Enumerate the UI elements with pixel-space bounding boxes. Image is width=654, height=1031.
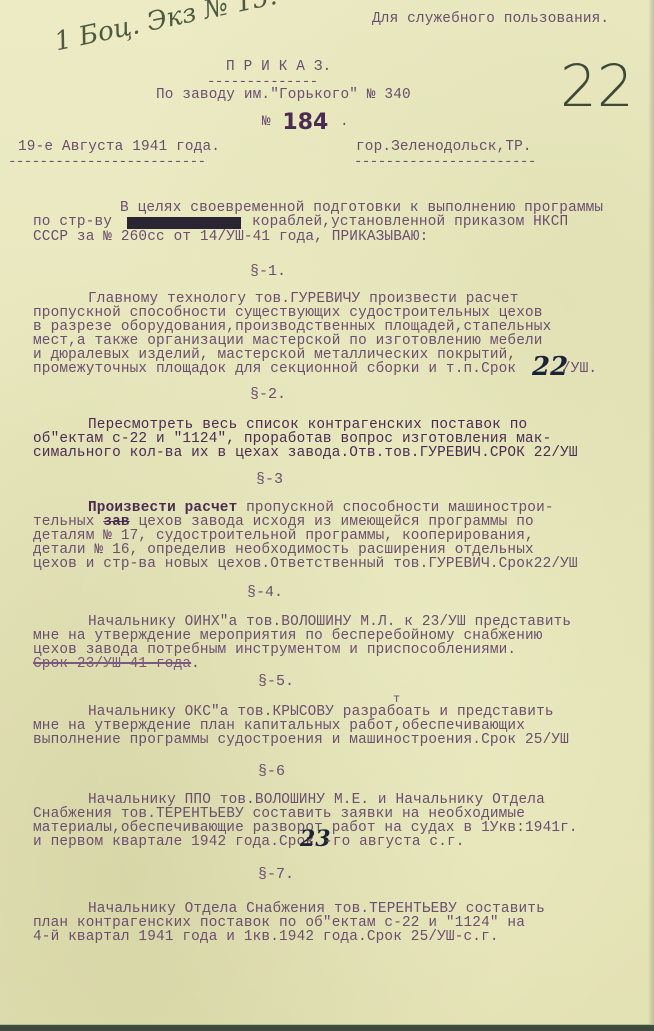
deadline-suffix: /УШ. bbox=[562, 362, 597, 377]
section-line: Срок 23/УШ-41 года. bbox=[33, 657, 200, 672]
preamble-line: кораблей,установленной приказом НКСП bbox=[252, 215, 568, 230]
document-title: П Р И К А З. bbox=[226, 60, 331, 75]
page-edge-shadow bbox=[648, 0, 654, 1024]
deadline-suffix: -го августа с.г. bbox=[324, 835, 465, 850]
section-heading: §-6 bbox=[258, 763, 285, 780]
place-underline: ----------------------- bbox=[354, 154, 536, 170]
order-place: гор.Зеленодольск,ТР. bbox=[356, 140, 532, 155]
section-heading: §-2. bbox=[250, 386, 286, 403]
section-heading: §-3 bbox=[256, 471, 283, 488]
section-line: цехов и стр-ва новых цехов.Ответственный… bbox=[33, 557, 578, 572]
order-number-suffix: . bbox=[340, 114, 349, 130]
section-heading: §-4. bbox=[247, 584, 283, 601]
section-heading: §-7. bbox=[258, 866, 294, 883]
document-page: 1 Боц. Экз № 15. Для служебного пользова… bbox=[0, 0, 654, 1025]
line-suffix: . bbox=[191, 656, 200, 672]
preamble-line: по стр-ву bbox=[33, 215, 112, 230]
section-line: 4-й квартал 1941 года и 1кв.1942 года.Ср… bbox=[33, 930, 499, 945]
document-subtitle: По заводу им."Горького" № 340 bbox=[156, 88, 411, 103]
section-line: симального кол-ва их в цехах завода.Отв.… bbox=[33, 446, 578, 461]
handwritten-archive-note: 1 Боц. Экз № 15. bbox=[52, 0, 280, 57]
date-underline: ------------------------- bbox=[8, 154, 206, 170]
section-heading: §-1. bbox=[250, 263, 286, 280]
preamble-line: СССР за № 260сс от 14/УШ-41 года, ПРИКАЗ… bbox=[33, 230, 428, 245]
struck-deadline: Срок 23/УШ-41 года bbox=[33, 656, 191, 672]
classification-label: Для служебного пользования. bbox=[372, 12, 609, 27]
order-number-value: 184 bbox=[282, 110, 328, 135]
section-line: промежуточных площадок для секционной сб… bbox=[33, 362, 516, 377]
order-number-prefix: № bbox=[262, 114, 271, 130]
section-line: и первом квартале 1942 года.Срок bbox=[33, 835, 314, 850]
handwritten-page-number: 22 bbox=[560, 52, 634, 120]
order-date: 19-е Августа 1941 года. bbox=[18, 140, 220, 155]
section-line: выполнение программы судостроения и маши… bbox=[33, 733, 569, 748]
section-heading: §-5. bbox=[258, 673, 294, 690]
order-number: № 184 . bbox=[262, 106, 345, 131]
redaction-bar bbox=[127, 217, 241, 229]
